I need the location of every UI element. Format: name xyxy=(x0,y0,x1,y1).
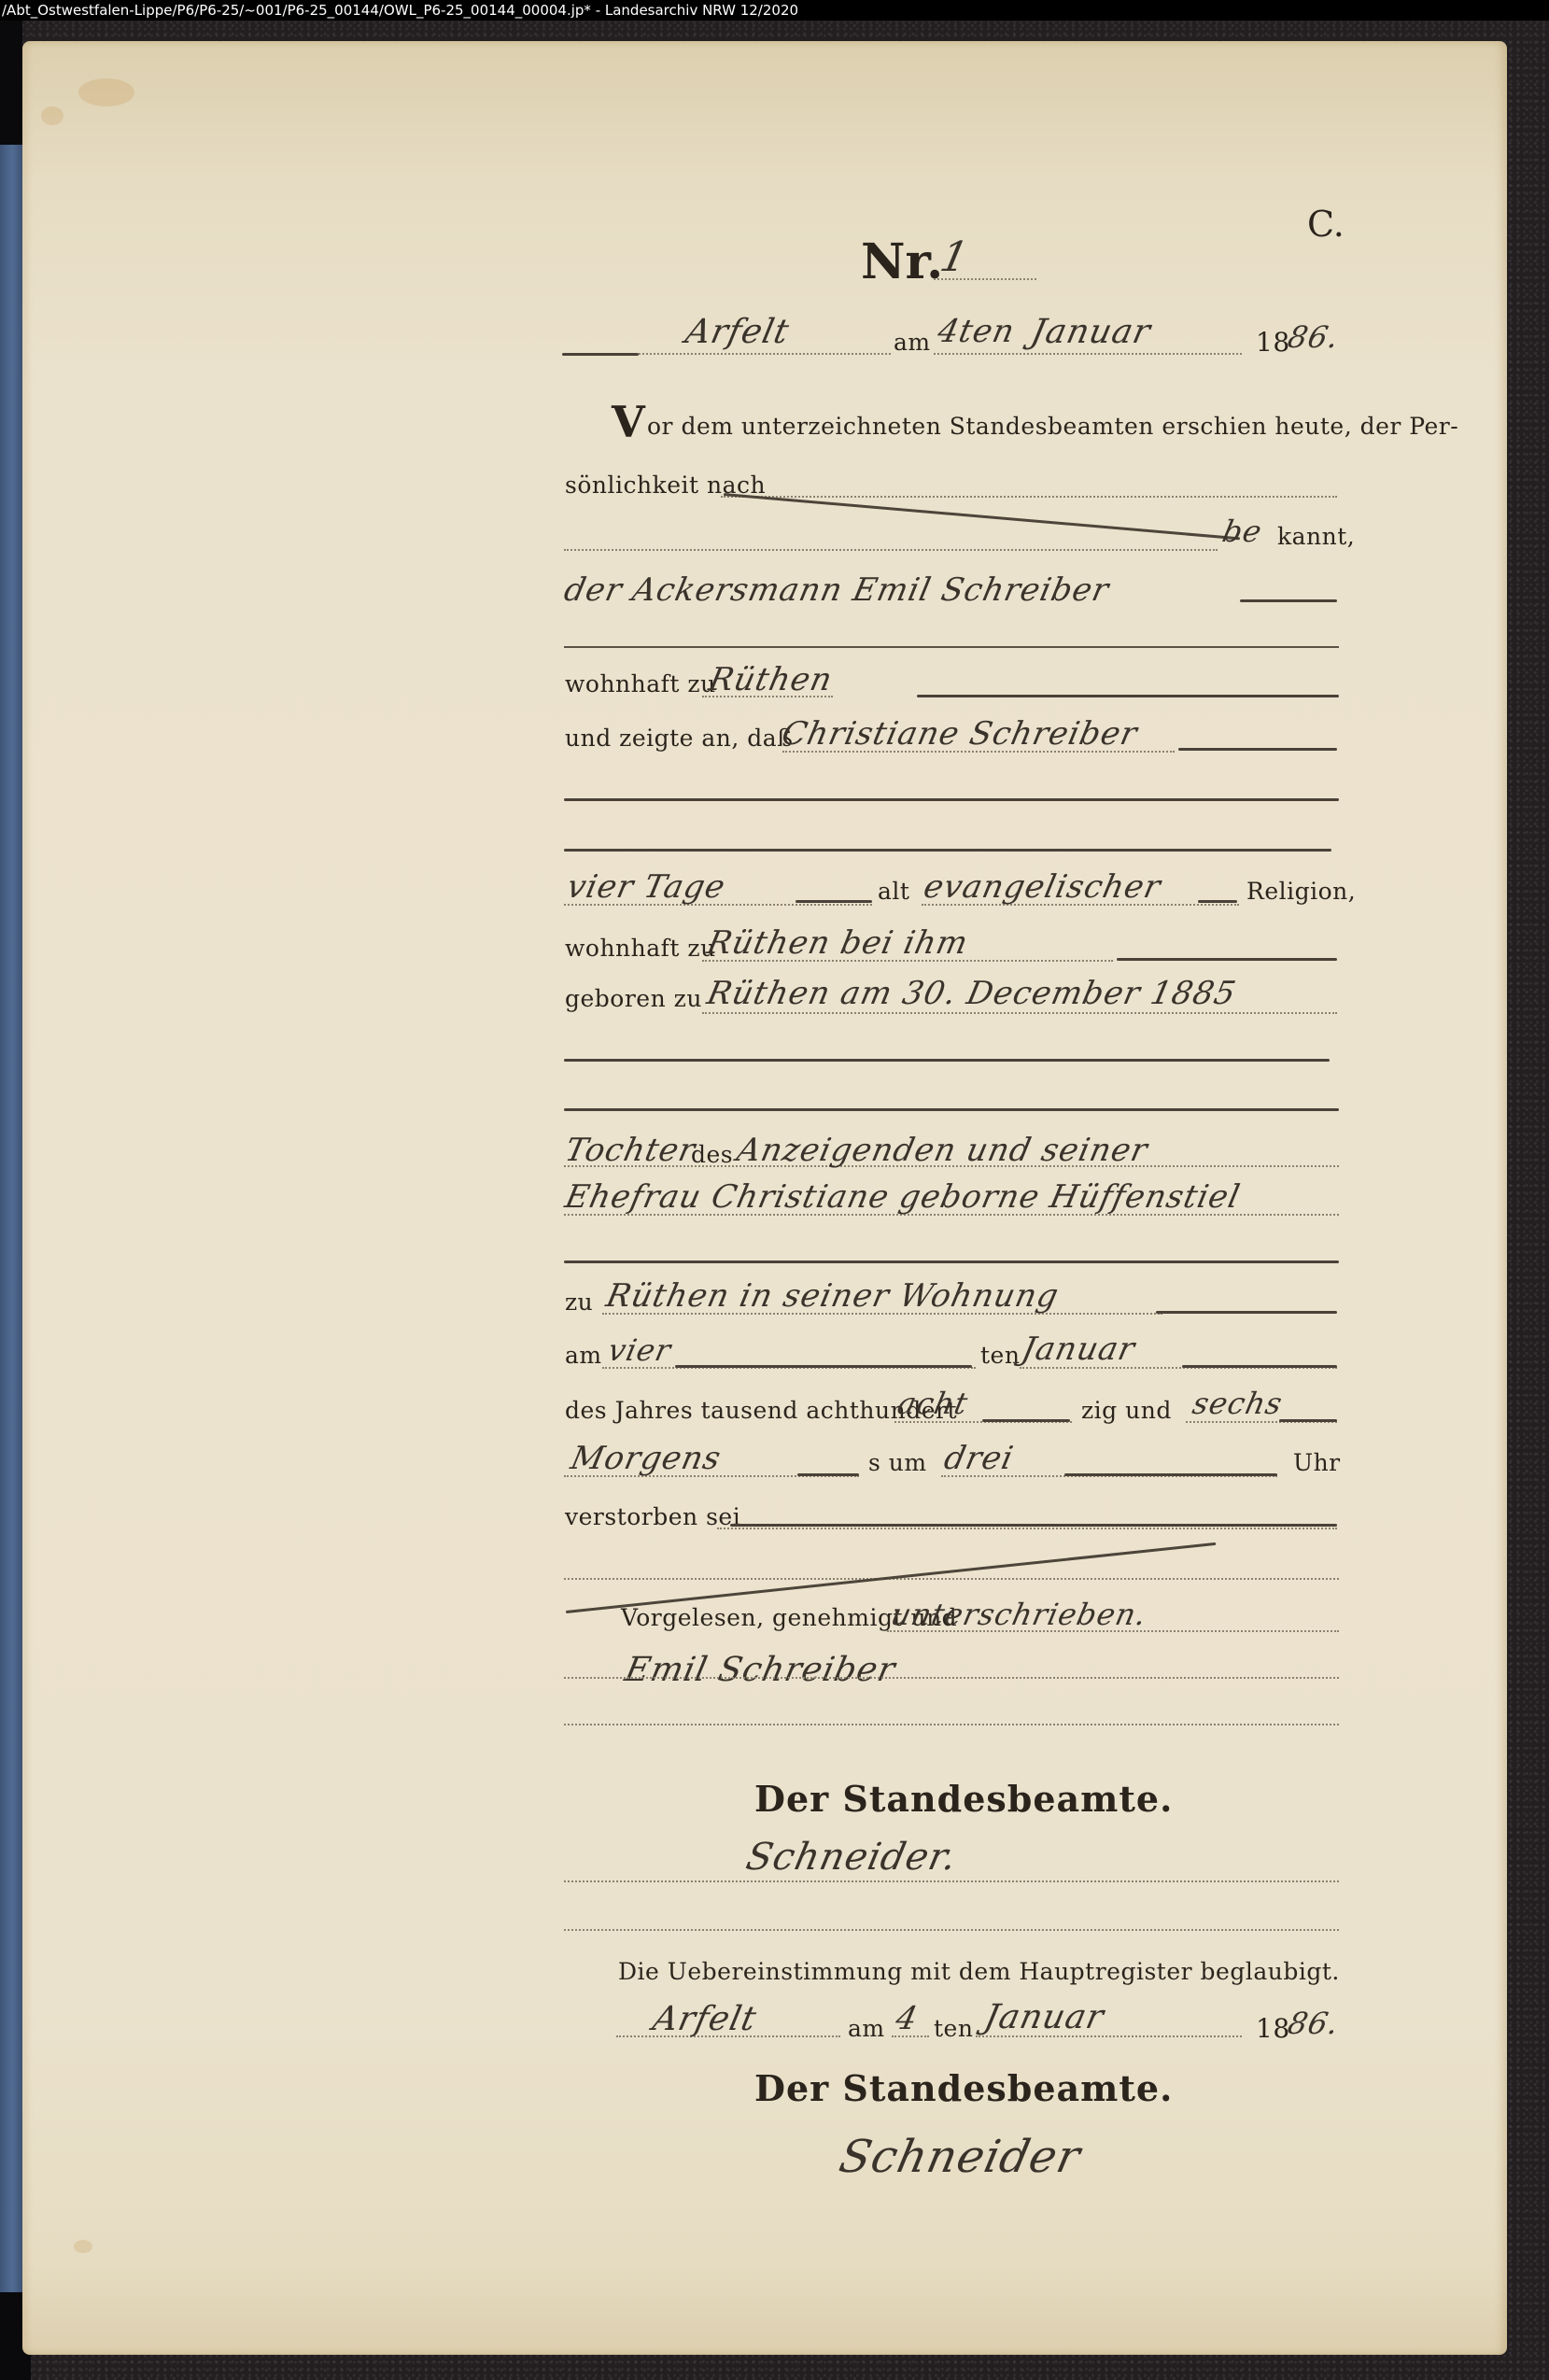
dash-rule xyxy=(1182,1365,1337,1368)
fill-rule xyxy=(564,798,1339,801)
dash-rule xyxy=(1198,900,1237,903)
cert-registrar-heading: Der Standesbeamte. xyxy=(754,2067,1173,2109)
relation-line-2: Ehefrau Christiane geborne Hüffenstiel xyxy=(562,1178,1244,1216)
informant-name: der Ackersmann Emil Schreiber xyxy=(561,571,1113,609)
window-title: /Abt_Ostwestfalen-Lippe/P6/P6-25/~001/P6… xyxy=(2,2,798,19)
approval-value: unterschrieben. xyxy=(888,1597,1150,1632)
relation-hand-b: Anzeigenden und seiner xyxy=(734,1132,1151,1169)
dash-rule xyxy=(917,695,1339,697)
fill-rule xyxy=(564,1059,1330,1062)
intro-initial: V xyxy=(612,397,645,447)
form-letter: C. xyxy=(1307,204,1345,245)
dash-rule xyxy=(982,1419,1070,1422)
dash-rule xyxy=(1178,748,1337,751)
time-hour-value: drei xyxy=(941,1440,1018,1477)
dash-rule xyxy=(1117,958,1337,961)
age-label: alt xyxy=(878,878,909,905)
relation-print: des xyxy=(691,1141,733,1168)
fill-line xyxy=(564,646,1339,648)
year-zig-label: zig und xyxy=(1081,1397,1172,1424)
died-label: verstorben sei xyxy=(565,1503,740,1530)
paper-stain xyxy=(78,78,134,106)
death-ten-label: ten xyxy=(980,1342,1020,1369)
deceased-residence-value: Rüthen bei ihm xyxy=(704,924,972,962)
deceased-name: Christiane Schreiber xyxy=(779,715,1141,753)
dash-rule xyxy=(1156,1311,1337,1314)
dash-rule xyxy=(1240,599,1337,602)
certification-text: Die Uebereinstimmung mit dem Hauptregist… xyxy=(618,1958,1340,1985)
dash-rule xyxy=(797,1473,859,1476)
place-line xyxy=(639,353,891,355)
death-place-label: zu xyxy=(565,1289,593,1316)
relation-hand-a: Tochter xyxy=(562,1132,699,1169)
fill-rule xyxy=(564,849,1331,852)
cert-month: Januar xyxy=(981,1998,1108,2036)
cert-year-suffix: 86. xyxy=(1285,2006,1343,2041)
record-number-label: Nr. xyxy=(861,233,943,290)
header-year-suffix: 86. xyxy=(1285,319,1343,355)
fill-line xyxy=(564,1578,1339,1580)
dash-rule xyxy=(675,1365,972,1368)
fill-line xyxy=(564,549,1218,551)
death-day-label: am xyxy=(565,1342,602,1369)
birth-value: Rüthen am 30. December 1885 xyxy=(704,975,1240,1012)
cert-am: am xyxy=(848,2015,885,2042)
age-value: vier Tage xyxy=(564,868,729,906)
fill-rule xyxy=(564,1260,1339,1263)
announced-label: und zeigte an, daß xyxy=(565,725,793,752)
death-place-value: Rüthen in seiner Wohnung xyxy=(603,1277,1063,1315)
year-tens-value: acht xyxy=(894,1386,972,1421)
window-title-bar: /Abt_Ostwestfalen-Lippe/P6/P6-25/~001/P6… xyxy=(0,0,1549,21)
header-place: Arfelt xyxy=(683,313,794,351)
time-part-value: Morgens xyxy=(568,1440,725,1477)
paper-stain xyxy=(74,2240,92,2253)
birth-label: geboren zu xyxy=(565,985,702,1012)
dash-rule xyxy=(1279,1419,1337,1422)
fill-line xyxy=(717,1528,1337,1529)
header-day: 4ten xyxy=(935,313,1019,350)
fill-line xyxy=(721,496,1337,498)
death-day-value: vier xyxy=(605,1332,675,1368)
header-am: am xyxy=(894,329,931,356)
fill-line xyxy=(564,1724,1339,1725)
fill-line xyxy=(564,1929,1339,1931)
registrar-heading: Der Standesbeamte. xyxy=(754,1778,1173,1820)
fill-line xyxy=(702,1012,1337,1014)
religion-value: evangelischer xyxy=(921,868,1164,906)
cert-registrar-signature: Schneider xyxy=(835,2131,1085,2183)
dash-rule xyxy=(562,353,639,356)
religion-label: Religion, xyxy=(1246,878,1356,905)
fill-line xyxy=(564,1677,1339,1679)
intro-be-hand: be xyxy=(1219,514,1265,549)
header-month: Januar xyxy=(1028,313,1155,351)
year-units-value: sechs xyxy=(1190,1386,1286,1421)
cert-ten: ten xyxy=(934,2015,973,2042)
dash-rule xyxy=(1064,1473,1277,1476)
intro-kannt: kannt, xyxy=(1277,523,1355,550)
binding-shadow-top xyxy=(0,21,22,145)
informant-signature: Emil Schreiber xyxy=(622,1651,899,1689)
paper-stain xyxy=(41,106,63,125)
fill-rule xyxy=(564,1108,1339,1111)
book-binding-strip xyxy=(0,145,24,2292)
registrar-signature: Schneider. xyxy=(742,1836,961,1879)
residence-label: wohnhaft zu xyxy=(565,670,716,697)
time-s-label: s um xyxy=(868,1449,927,1476)
cert-place: Arfelt xyxy=(650,2000,761,2038)
fill-line xyxy=(564,1880,1339,1882)
deceased-residence-label: wohnhaft zu xyxy=(565,935,716,962)
dash-rule xyxy=(730,1524,1337,1527)
residence-value: Rüthen xyxy=(706,661,837,698)
time-uhr-label: Uhr xyxy=(1293,1449,1341,1476)
dash-rule xyxy=(796,900,872,903)
intro-line-1: or dem unterzeichneten Standesbeamten er… xyxy=(647,413,1458,440)
date-line xyxy=(934,353,1242,355)
record-number-line xyxy=(934,278,1036,280)
death-month-value: Januar xyxy=(1019,1331,1139,1368)
